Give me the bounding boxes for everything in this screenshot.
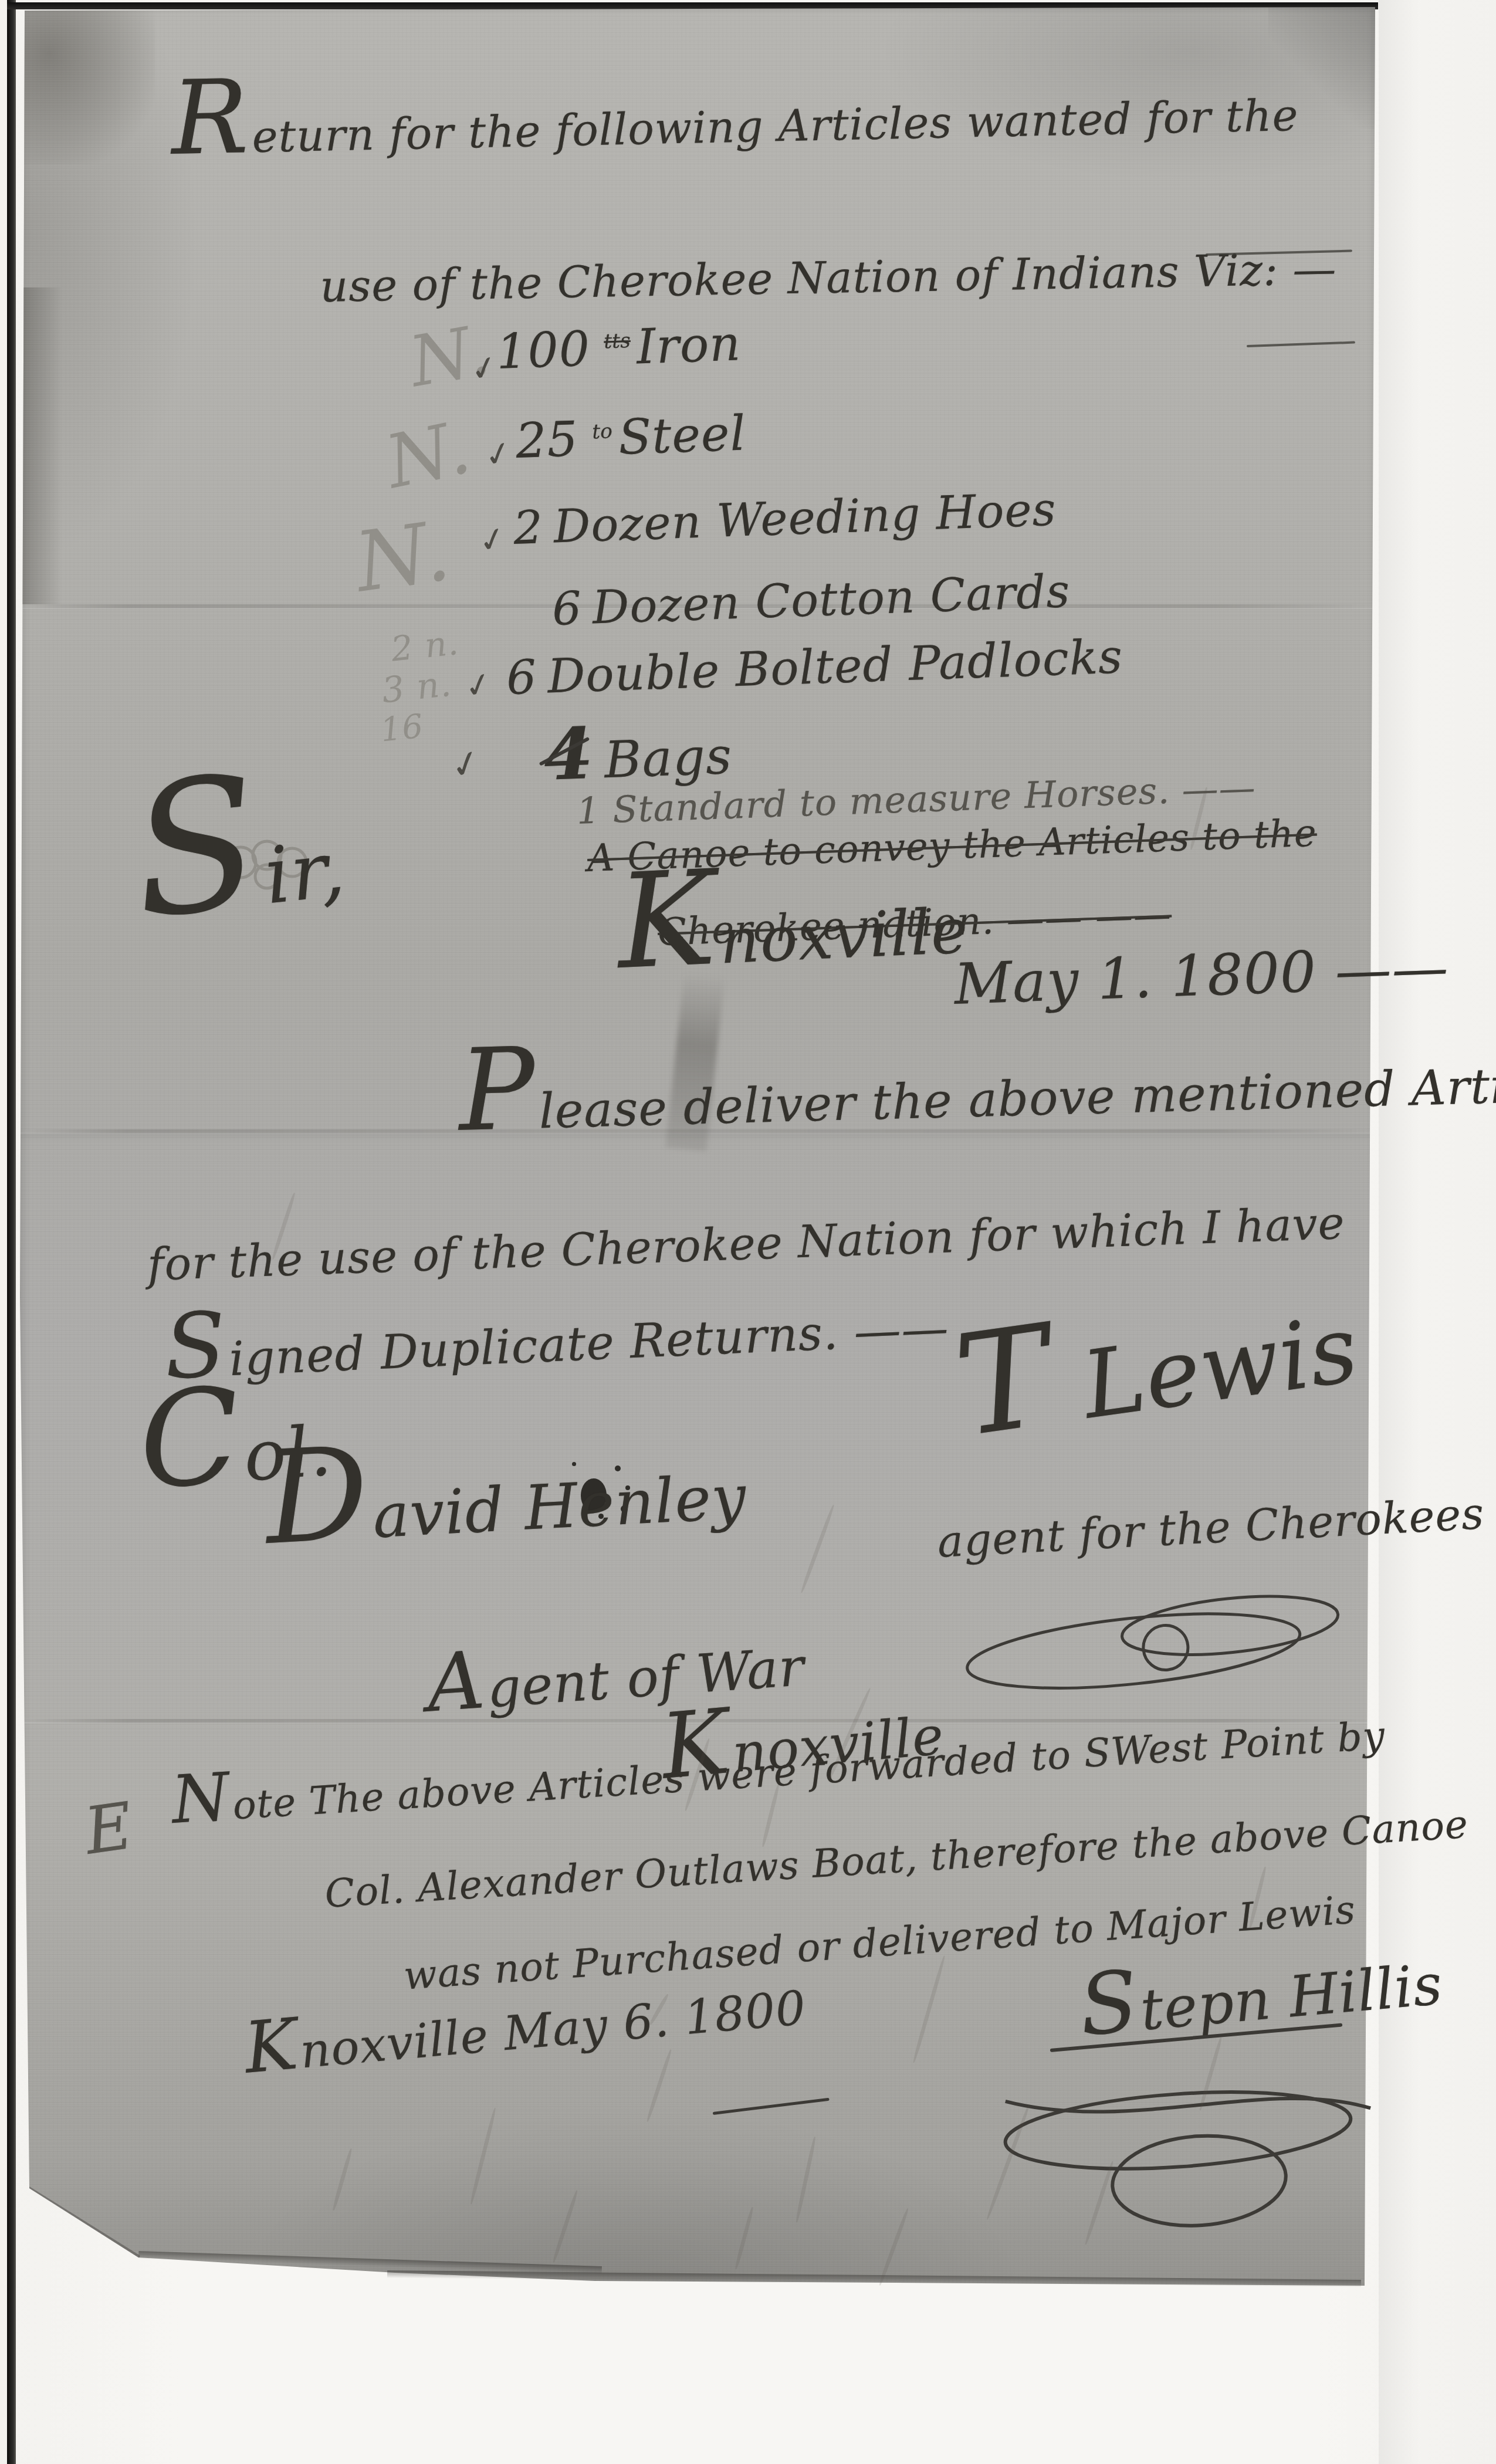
salutation: Sir, — [134, 830, 348, 929]
scanner-right-falloff — [1379, 0, 1496, 2464]
scan-edge-left — [7, 0, 16, 2464]
item-qty: 100 — [496, 321, 591, 380]
item-name: Steel — [618, 405, 747, 466]
item-unit: to — [592, 419, 613, 444]
note-marker: E — [81, 1793, 137, 1864]
signature-flourish — [986, 2040, 1397, 2255]
margin-mark: N. — [351, 510, 455, 605]
item-qty: 6 — [551, 582, 583, 636]
item-qty: 4 — [543, 712, 595, 797]
item-name: Bags — [603, 727, 733, 790]
dog-ear-fold-line — [28, 2186, 141, 2258]
item-unit: tts — [604, 329, 631, 354]
item-qty: 6 — [506, 649, 538, 705]
list-item-bags: 4Bags — [543, 714, 733, 791]
list-item-steel: 25toSteel — [515, 409, 747, 466]
margin-mark: N. — [380, 411, 477, 499]
stain-top-left — [20, 6, 155, 164]
margin-mark: 3 n. — [380, 666, 453, 709]
item-qty: 2 — [513, 501, 544, 555]
scanned-document-page: Return for the following Articles wanted… — [0, 0, 1496, 2464]
margin-mark: 2 n. — [390, 625, 461, 666]
margin-mark: 16 — [379, 710, 425, 747]
stain-left-edge — [20, 287, 62, 604]
item-name: Iron — [635, 316, 742, 375]
dateline-place: Knoxville — [617, 900, 970, 977]
ink-blot — [572, 1462, 576, 1466]
list-item-iron: 100ttsIron — [496, 320, 742, 376]
dateline-date: May 1. 1800 —— — [953, 939, 1450, 1013]
item-qty: 25 — [515, 411, 580, 469]
